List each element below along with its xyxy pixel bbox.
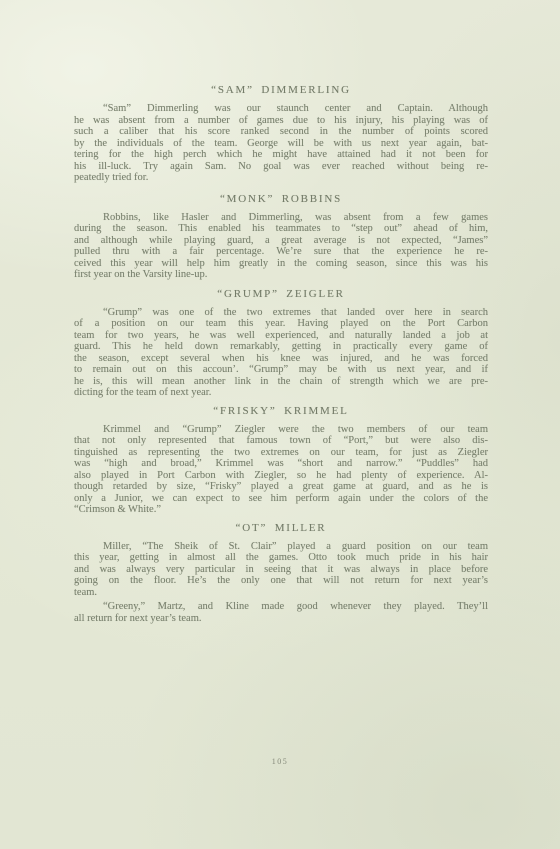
text-line: “Greeny,” Martz, and Kline made good whe… (74, 601, 488, 613)
text-line: and although while playing guard, a grea… (74, 235, 488, 247)
text-line: this year, getting in almost all the gam… (74, 552, 488, 564)
text-line: and was always very particular in seeing… (74, 564, 488, 576)
text-line: the season, except several when his knee… (74, 353, 488, 365)
section-sam-dimmerling: “SAM” DIMMERLING “Sam” Dimmerling was ou… (74, 84, 488, 184)
text-line: tinguished as representing the two extre… (74, 447, 488, 459)
text-line: that not only represented that famous to… (74, 435, 488, 447)
text-line: pulled thru with a fair percentage. We’r… (74, 246, 488, 258)
section-frisky-krimmel: “FRISKY” KRIMMEL Krimmel and “Grump” Zie… (74, 405, 488, 516)
text-line: by the individuals of the team. George w… (74, 138, 488, 150)
text-line: to remain out on this accoun’. “Grump” m… (74, 364, 488, 376)
section-grump-zeigler: “GRUMP” ZEIGLER “Grump” was one of the t… (74, 288, 488, 399)
text-line: during the season. This enabled his team… (74, 223, 488, 235)
text-line: dicting for the team of next year. (74, 387, 488, 399)
section-heading: “FRISKY” KRIMMEL (74, 405, 488, 417)
text-line: such a caliber that his score ranked sec… (74, 126, 488, 138)
text-line: all return for next year’s team. (74, 613, 488, 625)
text-line: peatedly tried for. (74, 172, 488, 184)
text-line: also played in Port Carbon with Ziegler,… (74, 470, 488, 482)
text-line: though retarded by size, “Frisky” played… (74, 481, 488, 493)
text-line: Krimmel and “Grump” Ziegler were the two… (74, 424, 488, 436)
text-line: Robbins, like Hasler and Dimmerling, was… (74, 212, 488, 224)
text-line: Miller, “The Sheik of St. Clair” played … (74, 541, 488, 553)
paragraph: “Sam” Dimmerling was our staunch center … (74, 103, 488, 184)
section-heading: “SAM” DIMMERLING (74, 84, 488, 96)
text-line: only a Junior, we can expect to see him … (74, 493, 488, 505)
text-line: team for two years, he was well experien… (74, 330, 488, 342)
paragraph: Miller, “The Sheik of St. Clair” played … (74, 541, 488, 599)
paragraph: Krimmel and “Grump” Ziegler were the two… (74, 424, 488, 516)
text-line: first year on the Varsity line-up. (74, 269, 488, 281)
text-line: guard. This he held down remarkably, get… (74, 341, 488, 353)
section-ot-miller: “OT” MILLER Miller, “The Sheik of St. Cl… (74, 522, 488, 625)
text-line: team. (74, 587, 488, 599)
text-line: ceived this year will help him greatly i… (74, 258, 488, 270)
text-line: “Grump” was one of the two extremes that… (74, 307, 488, 319)
text-line: going on the floor. He’s the only one th… (74, 575, 488, 587)
page-content: “SAM” DIMMERLING “Sam” Dimmerling was ou… (74, 0, 488, 624)
paragraph: “Greeny,” Martz, and Kline made good whe… (74, 601, 488, 624)
section-monk-robbins: “MONK” ROBBINS Robbins, like Hasler and … (74, 193, 488, 281)
text-line: of a position on our team this year. Hav… (74, 318, 488, 330)
section-heading: “MONK” ROBBINS (74, 193, 488, 205)
page-number: 105 (0, 757, 560, 766)
paragraph: Robbins, like Hasler and Dimmerling, was… (74, 212, 488, 281)
text-line: he is, this will mean another link in th… (74, 376, 488, 388)
text-line: was “high and broad,” Krimmel was “short… (74, 458, 488, 470)
section-heading: “GRUMP” ZEIGLER (74, 288, 488, 300)
text-line: tering for the high perch which he might… (74, 149, 488, 161)
yearbook-page: “SAM” DIMMERLING “Sam” Dimmerling was ou… (0, 0, 560, 849)
section-heading: “OT” MILLER (74, 522, 488, 534)
text-line: his ill-luck. Try again Sam. No goal was… (74, 161, 488, 173)
text-line: “Crimson & White.” (74, 504, 488, 516)
text-line: he was absent from a number of games due… (74, 115, 488, 127)
paragraph: “Grump” was one of the two extremes that… (74, 307, 488, 399)
text-line: “Sam” Dimmerling was our staunch center … (74, 103, 488, 115)
